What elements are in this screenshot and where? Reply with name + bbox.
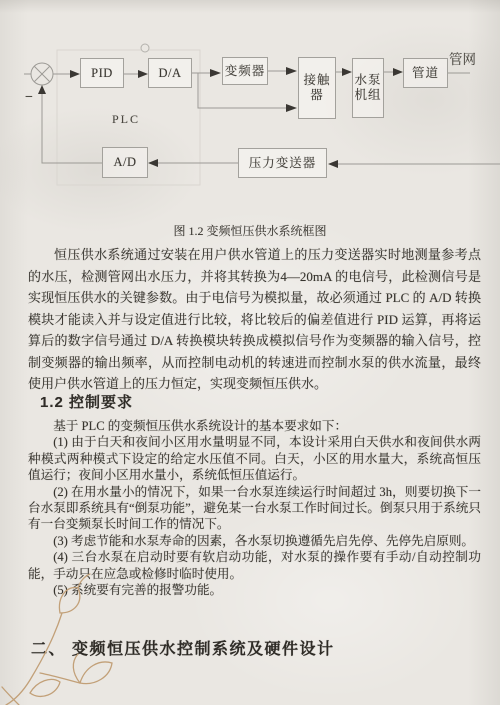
pipe-block: 管道 [403,58,448,88]
section-heading: 1.2 控制要求 [40,391,133,412]
figure-caption: 图 1.2 变频恒压供水系统框图 [0,222,500,239]
body-paragraph: 恒压供水系统通过安装在用户供水管道上的压力变送器实时地测量参考点的水压，检测管网… [28,244,481,395]
pump-unit-block: 水泵机组 [352,58,384,118]
node-circle-icon [141,44,149,52]
summing-junction-icon [24,63,53,85]
pid-block: PID [80,58,124,88]
contactor-block: 接触器 [298,57,336,119]
ad-converter-block: A/D [102,147,148,178]
paragraph-block: 恒压供水系统通过安装在用户供水管道上的压力变送器实时地测量参考点的水压，检测管网… [28,244,481,395]
contactor-label: 接触器 [299,73,335,103]
pipe-label: 管道 [412,66,439,81]
requirement-item: (2) 在用水量小的情况下，如果一台水泵连续运行时间超过 3h，则要切换下一台水… [28,484,481,533]
inverter-label: 变频器 [225,64,266,79]
pressure-transmitter-label: 压力变送器 [249,156,317,171]
minus-sign: − [25,90,33,106]
requirement-item: (1) 由于白天和夜间小区用水量明显不同，本设计采用白天供水和夜间供水两种模式两… [28,434,481,483]
pid-label: PID [91,66,113,81]
pump-unit-label: 水泵机组 [353,73,383,103]
document-page: PID D/A 变频器 接触器 水泵机组 管道 A/D 压力变送器 PLC 管网… [0,0,500,705]
pipe-network-label: 管网 [449,48,476,68]
block-diagram-canvas [0,0,500,215]
plc-label: PLC [112,112,140,127]
ad-label: A/D [113,155,136,170]
inverter-block: 变频器 [222,57,268,85]
requirements-intro: 基于 PLC 的变频恒压供水系统设计的基本要求如下： [28,418,481,434]
pressure-transmitter-block: 压力变送器 [238,148,327,178]
requirement-item: (3) 考虑节能和水泵寿命的因素，各水泵切换遵循先启先停、先停先启原则。 [28,533,481,549]
branch-decoration-icon [0,555,140,705]
da-converter-block: D/A [148,58,192,88]
da-label: D/A [158,66,181,81]
